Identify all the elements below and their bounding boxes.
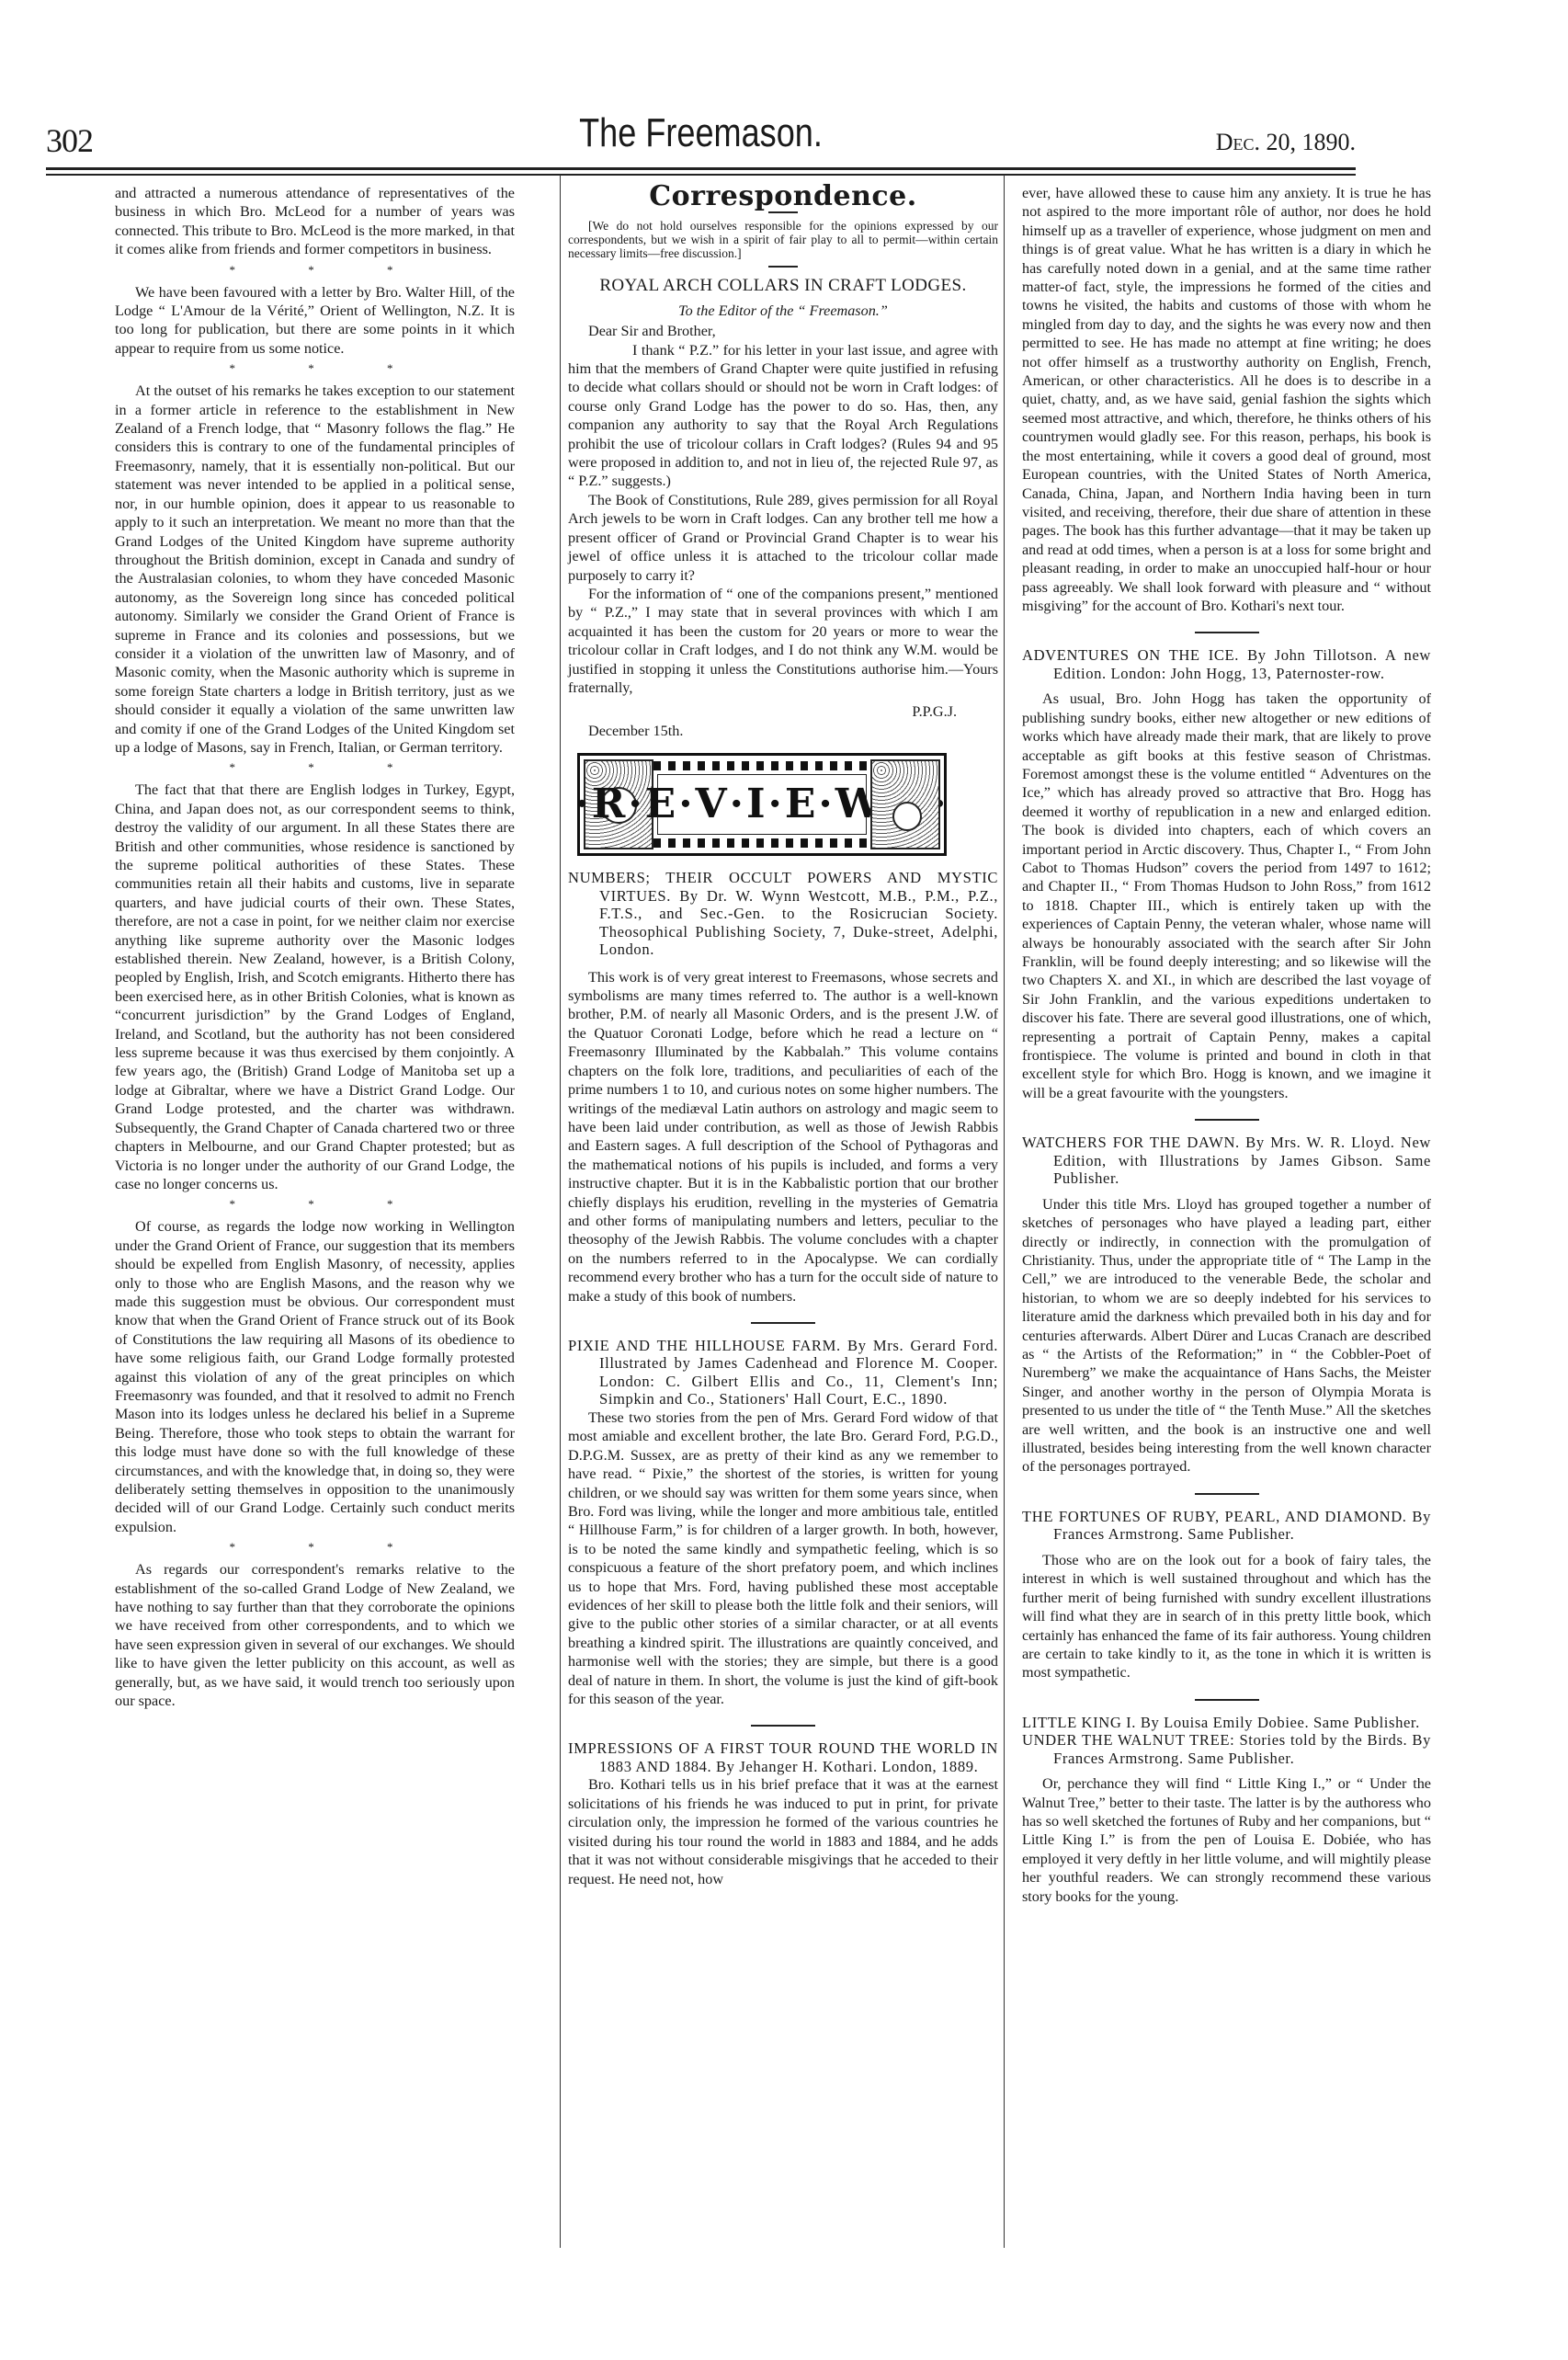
reviews-banner-title: ·R·E·V·I·E·W·S· [657, 774, 867, 835]
column-divider [560, 175, 561, 2248]
review-continuation: ever, have allowed these to cause him an… [1022, 184, 1431, 615]
section-separator: * * * [142, 1538, 515, 1556]
review-title: LITTLE KING I. By Louisa Emily Dobiee. S… [1022, 1714, 1431, 1732]
paragraph: The fact that that there are English lod… [115, 781, 515, 1193]
letter-signature: P.P.G.J. [568, 702, 998, 721]
divider [751, 1725, 815, 1727]
review-body: Those who are on the look out for a book… [1022, 1551, 1431, 1682]
paragraph: Of course, as regards the lodge now work… [115, 1217, 515, 1536]
editorial-disclaimer: [We do not hold ourselves responsible fo… [568, 219, 998, 260]
review-title: IMPRESSIONS OF A FIRST TOUR ROUND THE WO… [568, 1739, 998, 1775]
section-title-correspondence: Correspondence. [568, 188, 998, 206]
section-separator: * * * [142, 1195, 515, 1214]
divider [1195, 1119, 1259, 1121]
masthead: 302 The Freemason. Dec. 20, 1890. [46, 110, 1356, 165]
letter-dateline: December 15th. [568, 722, 998, 740]
section-separator: * * * [142, 261, 515, 279]
column-divider [1004, 175, 1005, 2248]
review-body: As usual, Bro. John Hogg has taken the o… [1022, 690, 1431, 1102]
divider [768, 266, 798, 268]
publication-title: The Freemason. [164, 110, 1238, 156]
left-column: and attracted a numerous attendance of r… [115, 184, 515, 1710]
page-number: 302 [46, 121, 93, 160]
review-title: NUMBERS; THEIR OCCULT POWERS AND MYSTIC … [568, 869, 998, 959]
divider [1195, 1493, 1259, 1495]
paragraph: As regards our correspondent's remarks r… [115, 1560, 515, 1710]
letter-heading: ROYAL ARCH COLLARS IN CRAFT LODGES. [568, 277, 998, 295]
paragraph: At the outset of his remarks he takes ex… [115, 382, 515, 757]
letter-paragraph: I thank “ P.Z.” for his letter in your l… [568, 341, 998, 491]
checker-border [653, 761, 870, 770]
checker-border [653, 838, 870, 848]
letter-salutation: Dear Sir and Brother, [568, 322, 998, 340]
divider [751, 1322, 815, 1324]
review-title: PIXIE AND THE HILLHOUSE FARM. By Mrs. Ge… [568, 1337, 998, 1408]
reviews-banner: ·R·E·V·I·E·W·S· [577, 753, 947, 856]
letter-addressee: To the Editor of the “ Freemason.” [568, 302, 998, 320]
review-title: UNDER THE WALNUT TREE: Stories told by t… [1022, 1731, 1431, 1767]
paragraph: and attracted a numerous attendance of r… [115, 184, 515, 259]
section-separator: * * * [142, 359, 515, 378]
review-title: WATCHERS FOR THE DAWN. By Mrs. W. R. Llo… [1022, 1134, 1431, 1188]
review-body: Bro. Kothari tells us in his brief prefa… [568, 1775, 998, 1887]
paragraph: We have been favoured with a letter by B… [115, 283, 515, 359]
divider [1195, 632, 1259, 633]
review-body: These two stories from the pen of Mrs. G… [568, 1408, 998, 1709]
review-body: This work is of very great interest to F… [568, 968, 998, 1305]
issue-date: Dec. 20, 1890. [1216, 129, 1356, 156]
letter-paragraph: For the information of “ one of the comp… [568, 585, 998, 697]
ship-ornament-icon [870, 759, 940, 849]
middle-column: Correspondence. [We do not hold ourselve… [568, 184, 998, 1888]
review-title: THE FORTUNES OF RUBY, PEARL, AND DIAMOND… [1022, 1508, 1431, 1544]
review-body: Under this title Mrs. Lloyd has grouped … [1022, 1195, 1431, 1476]
divider [1195, 1699, 1259, 1701]
masthead-rule [46, 167, 1356, 170]
letter-paragraph: The Book of Constitutions, Rule 289, giv… [568, 491, 998, 585]
review-title: ADVENTURES ON THE ICE. By John Tillotson… [1022, 646, 1431, 682]
review-body: Or, perchance they will find “ Little Ki… [1022, 1774, 1431, 1906]
section-separator: * * * [142, 758, 515, 777]
masthead-rule [46, 174, 1356, 176]
right-column: ever, have allowed these to cause him an… [1022, 184, 1431, 1906]
